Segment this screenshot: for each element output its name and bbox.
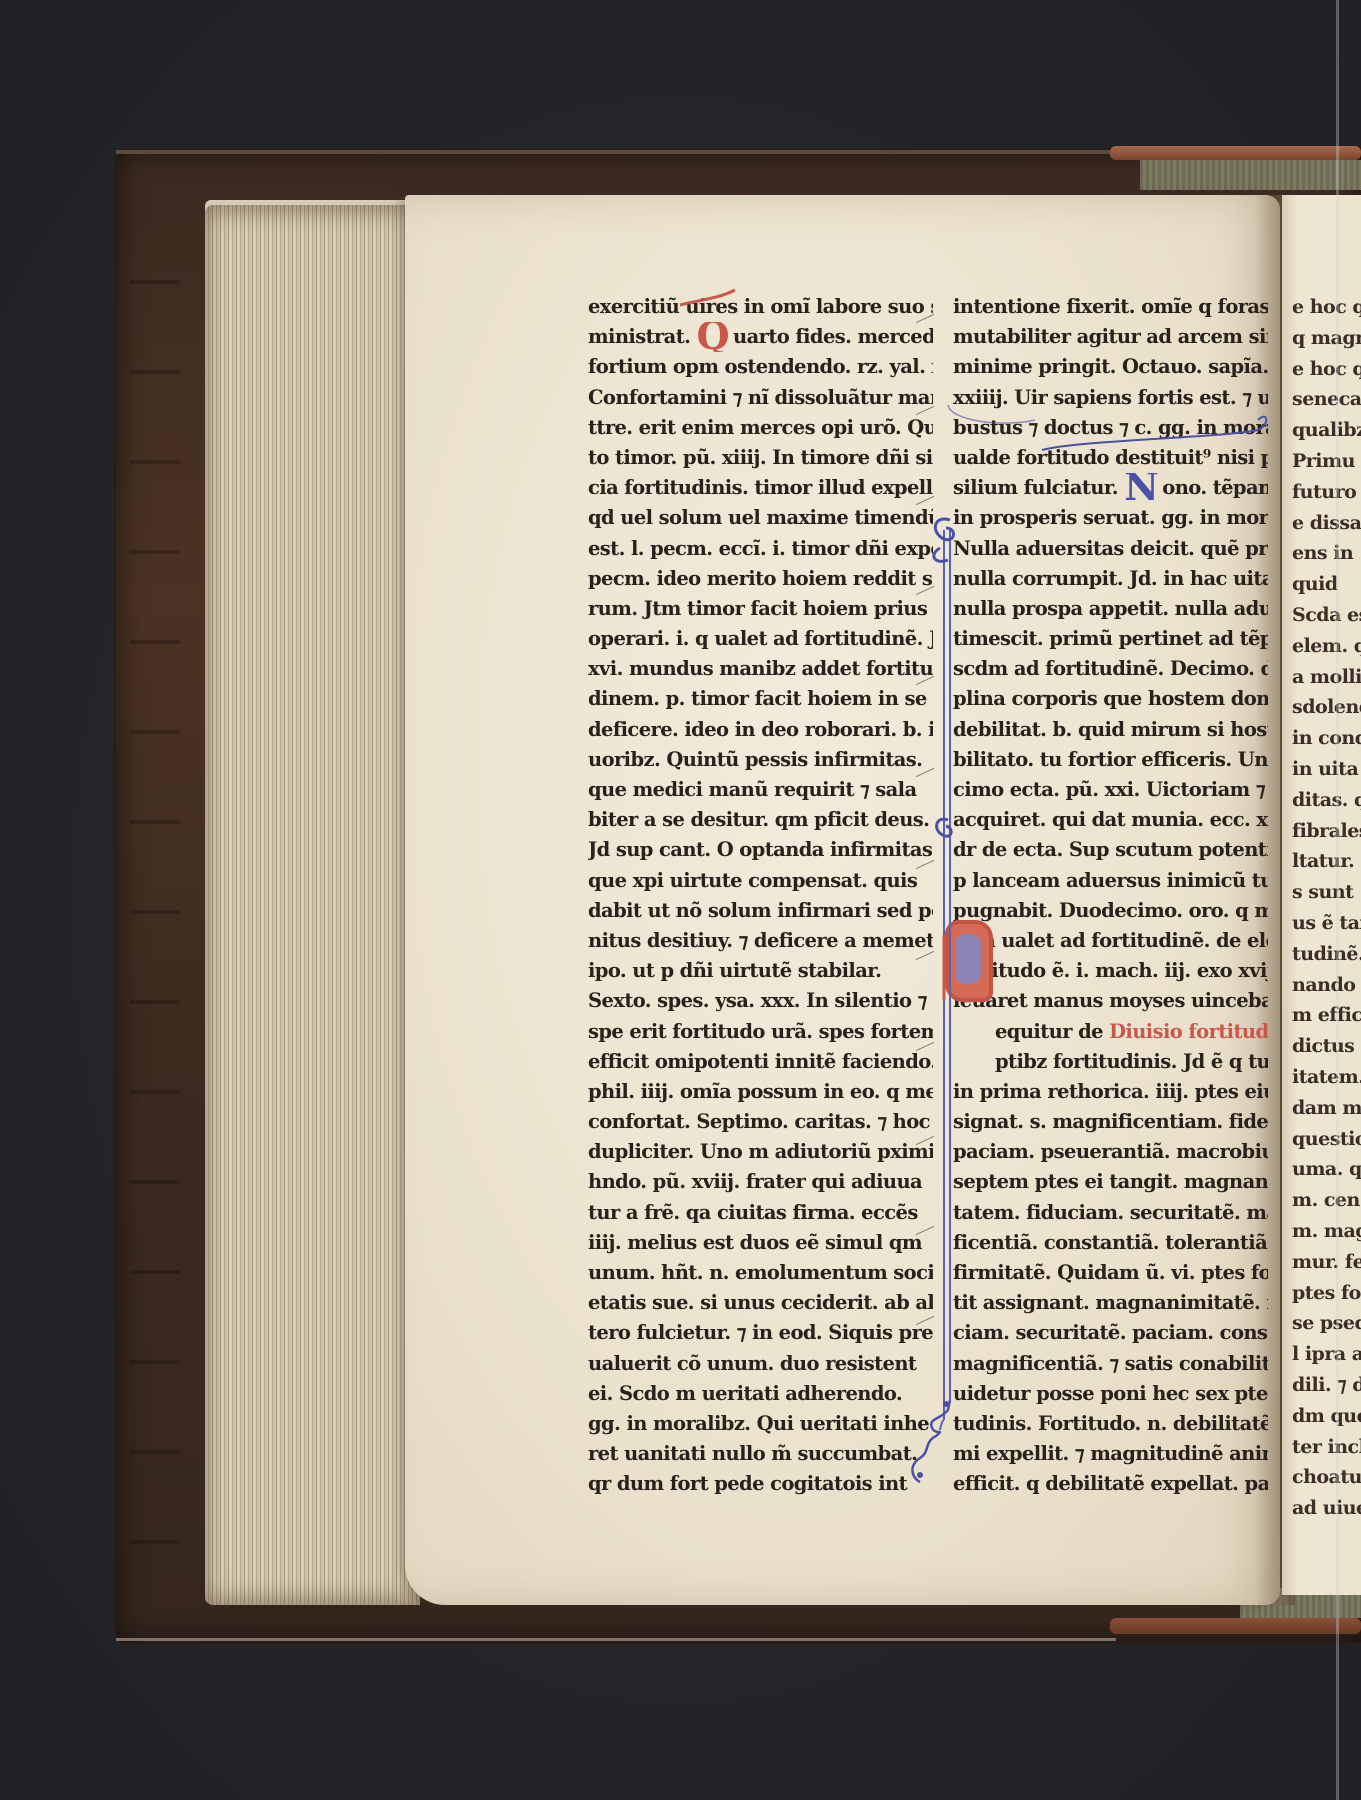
text-fragment: scdm ad fortitudinẽ. Decimo. disci <box>953 657 1268 680</box>
text-line: tatem. fiduciam. securitatẽ. magni <box>953 1198 1268 1228</box>
text-fragment: Nulla aduersitas deicit. quẽ prospitas <box>953 537 1268 560</box>
text-fragment: confortat. Septimo. caritas. ⁊ hoc <box>588 1110 930 1133</box>
text-fragment: tur a frẽ. qa ciuitas firma. eccẽs <box>588 1201 918 1224</box>
text-line: nitus desitiuy. ⁊ deficere a memet <box>588 926 933 956</box>
text-fragment: ei. Scdo m ueritati adherendo. <box>588 1382 902 1405</box>
text-line: hndo. pũ. xviij. frater qui adiuua <box>588 1167 933 1197</box>
text-fragment: tatem. fiduciam. securitatẽ. magni <box>953 1201 1268 1224</box>
recto-text-line: a mollit <box>1292 662 1361 693</box>
text-line: bustus ⁊ doctus ⁊ c. gg. in moralibz <box>953 413 1268 443</box>
text-fragment: uarto fides. mercedem <box>733 325 933 348</box>
recto-text-line: dictus su <box>1292 1031 1361 1062</box>
initial-blue-infill <box>955 934 981 984</box>
text-fragment: tudinis. Fortitudo. n. debilitatẽ ani <box>953 1412 1268 1435</box>
text-line: septem ptes ei tangit. magnanimi <box>953 1167 1268 1197</box>
text-fragment: equitur de <box>995 1020 1109 1043</box>
text-fragment: unum. hñt. n. emolumentum soci <box>588 1261 933 1284</box>
text-fragment: dupliciter. Uno m adiutoriũ pximi <box>588 1140 933 1163</box>
recto-text-line: l ipra a <box>1292 1339 1361 1370</box>
glass-plate-edge <box>1336 0 1339 1800</box>
text-line: mi expellit. ⁊ magnitudinẽ animi <box>953 1439 1268 1469</box>
recto-text-line: fibrales <box>1292 816 1361 847</box>
text-line: phil. iiij. omĩa possum in eo. q me <box>588 1077 933 1107</box>
text-fragment: firmitatẽ. Quidam ũ. vi. ptes for <box>953 1261 1268 1284</box>
text-fragment: ret uanitati nullo m̃ succumbat. <box>588 1442 917 1465</box>
recto-text-line: dm quere <box>1292 1401 1361 1432</box>
text-line: xvi. mundus manibz addet fortitu <box>588 654 933 684</box>
text-fragment: fortium opm ostendendo. rz. yal. xv. <box>588 355 933 378</box>
text-line: qd uel solum uel maxime timendũ <box>588 503 933 533</box>
text-line: Confortamini ⁊ nĩ dissoluãtur man <box>588 383 933 413</box>
text-line: ipo. ut p dñi uirtutẽ stabilar. <box>588 956 933 986</box>
text-line: pugnabit. Duodecimo. oro. q mul <box>953 896 1268 926</box>
recto-text-line: q magn <box>1292 323 1361 354</box>
text-line: tero fulcietur. ⁊ in eod. Siquis pre <box>588 1318 933 1348</box>
text-line: dabit ut nõ solum infirmari sed pe <box>588 896 933 926</box>
text-line: deficere. ideo in deo roborari. b. in fe… <box>588 715 933 745</box>
recto-text-line: elem. q <box>1292 631 1361 662</box>
text-fragment: iiij. melius est duos eẽ simul qm <box>588 1231 922 1254</box>
text-line: fortium opm ostendendo. rz. yal. xv. <box>588 352 933 382</box>
text-fragment: qd uel solum uel maxime timendũ <box>588 506 933 529</box>
text-line: dinem. p. timor facit hoiem in se <box>588 684 933 714</box>
text-line: qr dum fort pede cogitatois int <box>588 1469 933 1499</box>
text-line: ret uanitati nullo m̃ succumbat. <box>588 1439 933 1469</box>
text-fragment: est. l. pecm. eccĩ. i. timor dñi expelli… <box>588 537 933 560</box>
text-line: firmitatẽ. Quidam ũ. vi. ptes for <box>953 1258 1268 1288</box>
recto-text-line: in uita <box>1292 754 1358 785</box>
text-line: que medici manũ requirit ⁊ sala <box>588 775 933 805</box>
text-line: timescit. primũ pertinet ad tẽpantia <box>953 624 1268 654</box>
text-fragment: xvi. mundus manibz addet fortitu <box>588 657 933 680</box>
text-fragment: que medici manũ requirit ⁊ sala <box>588 778 917 801</box>
text-line: bilitato. tu fortior efficeris. Unde <box>953 745 1268 775</box>
rubricated-initial-q: Q <box>697 322 730 350</box>
recto-text-line: qualibz <box>1292 415 1361 446</box>
text-fragment: cia fortitudinis. timor illud expellit <box>588 476 933 499</box>
text-line: mutabiliter agitur ad arcem sinis <box>953 322 1268 352</box>
text-fragment: bustus ⁊ doctus ⁊ c. gg. in moralibz <box>953 416 1268 439</box>
text-fragment: plina corporis que hostem domesticum <box>953 687 1268 710</box>
text-fragment: p lanceam aduersus inimicũ tuũ <box>953 869 1268 892</box>
text-line: tit assignant. magnanimitatẽ. fidu <box>953 1288 1268 1318</box>
text-fragment: magnificentiã. ⁊ satis conabilitor <box>953 1352 1268 1375</box>
decorated-initial-s <box>945 920 993 1002</box>
text-fragment: nulla corrumpit. Jd. in hac uita qui <box>953 567 1268 590</box>
text-line: ficentiã. constantiã. tolerantiã <box>953 1228 1268 1258</box>
text-fragment: ministrat. <box>588 325 697 348</box>
text-line: Jd sup cant. O optanda infirmitas <box>588 835 933 865</box>
text-line: efficit. q debilitatẽ expellat. patie <box>953 1469 1268 1499</box>
recto-text-line: dili. ⁊ del <box>1292 1370 1361 1401</box>
text-fragment: ttre. erit enim merces opi urõ. Qu <box>588 416 933 439</box>
text-fragment: paciam. pseuerantiã. macrobius ũ <box>953 1140 1268 1163</box>
text-fragment: acquiret. qui dat munia. ecc. xxix. <box>953 808 1268 831</box>
text-fragment: signat. s. magnificentiam. fidentiã <box>953 1110 1268 1133</box>
recto-text-line: futuro <box>1292 477 1356 508</box>
text-line: biter a se desitur. qm pficit deus. <box>588 805 933 835</box>
text-line: in prima rethorica. iiij. ptes eius as <box>953 1077 1268 1107</box>
text-line: dr de ecta. Sup scutum potentis ⁊ su <box>953 835 1268 865</box>
recto-text-line: e hoc q <box>1292 354 1361 385</box>
rubric-heading: Diuisio fortitudinis <box>1109 1020 1268 1043</box>
text-fragment: intentione fixerit. omĩe q foras <box>953 295 1268 318</box>
text-line: ualde fortitudo destituit⁹ nisi p con <box>953 443 1268 473</box>
headband <box>1110 146 1361 160</box>
recto-text-line: m. cen q <box>1292 1185 1361 1216</box>
recto-text-line: sdolend <box>1292 692 1361 723</box>
board-edge-bottom <box>116 1638 1116 1641</box>
text-fragment: Sexto. spes. ysa. xxx. In silentio ⁊ <box>588 989 927 1012</box>
text-fragment: to timor. pũ. xiiij. In timore dñi sidu <box>588 446 933 469</box>
text-fragment: mutabiliter agitur ad arcem sinis <box>953 325 1268 348</box>
text-fragment: dabit ut nõ solum infirmari sed pe <box>588 899 933 922</box>
text-fragment: timescit. primũ pertinet ad tẽpantia <box>953 627 1268 650</box>
text-line: ttre. erit enim merces opi urõ. Qu <box>588 413 933 443</box>
text-line: ciam. securitatẽ. paciam. constantiã <box>953 1318 1268 1348</box>
recto-text-line: ditas. q <box>1292 785 1361 816</box>
text-line: uidetur posse poni hec sex ptes forti <box>953 1379 1268 1409</box>
text-line: xxiiij. Uir sapiens fortis est. ⁊ uir re <box>953 383 1268 413</box>
text-line: leuaret manus moyses uincebat isrl. <box>953 986 1268 1016</box>
text-line: nulla prospa appetit. nulla aduersa p <box>953 594 1268 624</box>
text-column-left: exercitiũ uires in omĩ labore suo submin… <box>588 292 933 1500</box>
recto-text-line: in conq <box>1292 723 1361 754</box>
text-column-right: intentione fixerit. omĩe q forasmutabili… <box>953 292 1268 1500</box>
text-fragment: fortitudo ẽ. i. mach. iij. exo xvij. cum <box>953 959 1268 982</box>
text-fragment: nitus desitiuy. ⁊ deficere a memet <box>588 929 933 952</box>
text-fragment: mi expellit. ⁊ magnitudinẽ animi <box>953 1442 1268 1465</box>
recto-text-line: dam mag <box>1292 1093 1361 1124</box>
text-fragment: ipo. ut p dñi uirtutẽ stabilar. <box>588 959 881 982</box>
recto-text-line: e hoc q <box>1292 292 1361 323</box>
recto-text-line: Scda est <box>1292 600 1361 631</box>
text-line: Nulla aduersitas deicit. quẽ prospitas <box>953 534 1268 564</box>
recto-text-line: ens in <box>1292 538 1353 569</box>
recto-text-line: itatem. q <box>1292 1062 1361 1093</box>
recto-text-line: ter inchoa <box>1292 1432 1361 1463</box>
text-line: efficit omipotenti innitẽ faciendo. <box>588 1047 933 1077</box>
text-line: est. l. pecm. eccĩ. i. timor dñi expelli… <box>588 534 933 564</box>
text-fragment: biter a se desitur. qm pficit deus. <box>588 808 929 831</box>
recto-text-line: s sunt <box>1292 877 1353 908</box>
text-line: scdm ad fortitudinẽ. Decimo. disci <box>953 654 1268 684</box>
text-fragment: Confortamini ⁊ nĩ dissoluãtur man <box>588 386 933 409</box>
text-fragment: cimo ecta. pũ. xxi. Uictoriam ⁊ honorẽ <box>953 778 1268 801</box>
text-fragment: ciam. securitatẽ. paciam. constantiã <box>953 1321 1268 1344</box>
text-line: ei. Scdo m ueritati adherendo. <box>588 1379 933 1409</box>
text-fragment: leuaret manus moyses uincebat isrl. <box>953 989 1268 1012</box>
recto-text-line: ltatur. c <box>1292 846 1361 877</box>
text-line: spe erit fortitudo urã. spes fortem <box>588 1017 933 1047</box>
text-fragment: rum. Jtm timor facit hoiem prius <box>588 597 927 620</box>
text-fragment: uidetur posse poni hec sex ptes forti <box>953 1382 1268 1405</box>
recto-text-line: mur. fel <box>1292 1247 1361 1278</box>
text-fragment: dr de ecta. Sup scutum potentis ⁊ su <box>953 838 1268 861</box>
text-line: paciam. pseuerantiã. macrobius ũ <box>953 1137 1268 1167</box>
text-fragment: silium fulciatur. <box>953 476 1124 499</box>
text-fragment: ono. tẽpantia <box>1162 476 1268 499</box>
recto-text-line: ad uiuend <box>1292 1493 1361 1524</box>
text-fragment: efficit. q debilitatẽ expellat. patie <box>953 1472 1268 1495</box>
text-line: fortitudo ẽ. i. mach. iij. exo xvij. cum <box>953 956 1268 986</box>
text-fragment: efficit omipotenti innitẽ faciendo. <box>588 1050 933 1073</box>
board-edge-top <box>116 150 1116 154</box>
text-line: exercitiũ uires in omĩ labore suo sub <box>588 292 933 322</box>
text-fragment: septem ptes ei tangit. magnanimi <box>953 1170 1268 1193</box>
text-line: intentione fixerit. omĩe q foras <box>953 292 1268 322</box>
text-line: acquiret. qui dat munia. ecc. xxix. <box>953 805 1268 835</box>
text-line: in prosperis seruat. gg. in moralibz. <box>953 503 1268 533</box>
text-line: que xpi uirtute compensat. quis <box>588 866 933 896</box>
recto-text-line: nando <box>1292 970 1355 1001</box>
text-fragment: exercitiũ uires in omĩ labore suo sub <box>588 295 933 318</box>
text-fragment: tero fulcietur. ⁊ in eod. Siquis pre <box>588 1321 933 1344</box>
text-fragment: dinem. p. timor facit hoiem in se <box>588 687 927 710</box>
text-fragment: que xpi uirtute compensat. quis <box>588 869 917 892</box>
text-fragment: phil. iiij. omĩa possum in eo. q me <box>588 1080 933 1103</box>
text-line: rum. Jtm timor facit hoiem prius <box>588 594 933 624</box>
text-line: ualuerit cõ unum. duo resistent <box>588 1349 933 1379</box>
text-line: dupliciter. Uno m adiutoriũ pximi <box>588 1137 933 1167</box>
text-fragment: uoribz. Quintũ pessis infirmitas. <box>588 748 922 771</box>
text-fragment: deficere. ideo in deo roborari. b. in fe… <box>588 718 933 741</box>
recto-text-line: us ẽ tan <box>1292 908 1361 939</box>
text-line: etatis sue. si unus ceciderit. ab al <box>588 1288 933 1318</box>
text-fragment: ptibz fortitudinis. Jd ẽ q tullius <box>995 1050 1268 1073</box>
text-fragment: qr dum fort pede cogitatois int <box>588 1472 907 1495</box>
recto-text-line: choatur <box>1292 1462 1361 1493</box>
blind-tooling-ornament <box>130 240 180 1590</box>
text-line: operari. i. q ualet ad fortitudinẽ. Job <box>588 624 933 654</box>
recto-text-line: Primu <box>1292 446 1355 477</box>
headband-cloth <box>1140 160 1361 190</box>
text-fragment: spe erit fortitudo urã. spes fortem <box>588 1020 933 1043</box>
text-line: silium fulciatur. Nono. tẽpantia <box>953 473 1268 503</box>
text-line: ptibz fortitudinis. Jd ẽ q tullius <box>953 1047 1268 1077</box>
text-fragment: ficentiã. constantiã. tolerantiã <box>953 1231 1267 1254</box>
text-line: magnificentiã. ⁊ satis conabilitor <box>953 1349 1268 1379</box>
text-fragment: xxiiij. Uir sapiens fortis est. ⁊ uir re <box>953 386 1268 409</box>
text-line: plina corporis que hostem domesticum <box>953 684 1268 714</box>
text-fragment: hndo. pũ. xviij. frater qui adiuua <box>588 1170 922 1193</box>
text-line: signat. s. magnificentiam. fidentiã <box>953 1107 1268 1137</box>
text-fragment: operari. i. q ualet ad fortitudinẽ. Job <box>588 627 933 650</box>
recto-page-sliver: e hoc qq magne hoc qsenecaqualibzPrimufu… <box>1282 195 1361 1595</box>
text-fragment: etatis sue. si unus ceciderit. ab al <box>588 1291 933 1314</box>
text-line: p lanceam aduersus inimicũ tuũ <box>953 866 1268 896</box>
text-fragment: tit assignant. magnanimitatẽ. fidu <box>953 1291 1268 1314</box>
text-fragment: bilitato. tu fortior efficeris. Unde <box>953 748 1268 771</box>
text-line: unum. hñt. n. emolumentum soci <box>588 1258 933 1288</box>
recto-text-line: e dissa <box>1292 508 1361 539</box>
text-fragment: minime pringit. Octauo. sapĩa. pũ. <box>953 355 1268 378</box>
recto-text-line: seneca <box>1292 384 1361 415</box>
recto-text-line: m. magn <box>1292 1216 1361 1247</box>
text-fragment: pecm. ideo merito hoiem reddit secu <box>588 567 933 590</box>
text-line: tum ualet ad fortitudinẽ. de elo <box>953 926 1268 956</box>
text-fragment: in prima rethorica. iiij. ptes eius as <box>953 1080 1268 1103</box>
text-fragment: in prosperis seruat. gg. in moralibz. <box>953 506 1268 529</box>
manuscript-scene: e hoc qq magne hoc qsenecaqualibzPrimufu… <box>0 0 1361 1800</box>
tailband <box>1110 1618 1361 1634</box>
text-line: debilitat. b. quid mirum si hoste de <box>953 715 1268 745</box>
text-fragment: ualuerit cõ unum. duo resistent <box>588 1352 916 1375</box>
text-line: cia fortitudinis. timor illud expellit <box>588 473 933 503</box>
recto-text-line: tudinẽ. c <box>1292 939 1361 970</box>
text-line: gg. in moralibz. Qui ueritati inhe <box>588 1409 933 1439</box>
recto-text-line: questio <box>1292 1124 1361 1155</box>
text-line: uoribz. Quintũ pessis infirmitas. <box>588 745 933 775</box>
text-line: minime pringit. Octauo. sapĩa. pũ. <box>953 352 1268 382</box>
text-block-fore-edge <box>205 205 420 1605</box>
text-line: pecm. ideo merito hoiem reddit secu <box>588 564 933 594</box>
text-line: tur a frẽ. qa ciuitas firma. eccẽs <box>588 1198 933 1228</box>
text-line: cimo ecta. pũ. xxi. Uictoriam ⁊ honorẽ <box>953 775 1268 805</box>
text-line: ministrat. Quarto fides. mercedem <box>588 322 933 352</box>
blue-initial-n: N <box>1124 473 1158 501</box>
text-line: confortat. Septimo. caritas. ⁊ hoc <box>588 1107 933 1137</box>
text-fragment: tum ualet ad fortitudinẽ. de elo <box>953 929 1268 952</box>
recto-text-line: quid <box>1292 569 1338 600</box>
text-fragment: pugnabit. Duodecimo. oro. q mul <box>953 899 1268 922</box>
text-fragment: debilitat. b. quid mirum si hoste de <box>953 718 1268 741</box>
text-line: tudinis. Fortitudo. n. debilitatẽ ani <box>953 1409 1268 1439</box>
text-fragment: Jd sup cant. O optanda infirmitas <box>588 838 932 861</box>
text-fragment: ualde fortitudo destituit⁹ nisi p con <box>953 446 1268 469</box>
recto-text-line: se pseq <box>1292 1308 1361 1339</box>
text-fragment: gg. in moralibz. Qui ueritati inhe <box>588 1412 929 1435</box>
text-line: to timor. pũ. xiiij. In timore dñi sidu <box>588 443 933 473</box>
text-line: nulla corrumpit. Jd. in hac uita qui <box>953 564 1268 594</box>
recto-text-line: uma. que <box>1292 1154 1361 1185</box>
recto-text-line: m effici <box>1292 1000 1361 1031</box>
text-line: iiij. melius est duos eẽ simul qm <box>588 1228 933 1258</box>
text-line: Sexto. spes. ysa. xxx. In silentio ⁊ <box>588 986 933 1016</box>
text-fragment: nulla prospa appetit. nulla aduersa p <box>953 597 1268 620</box>
text-line: equitur de Diuisio fortitudinis <box>953 1017 1268 1047</box>
recto-text-line: ptes fort <box>1292 1278 1361 1309</box>
